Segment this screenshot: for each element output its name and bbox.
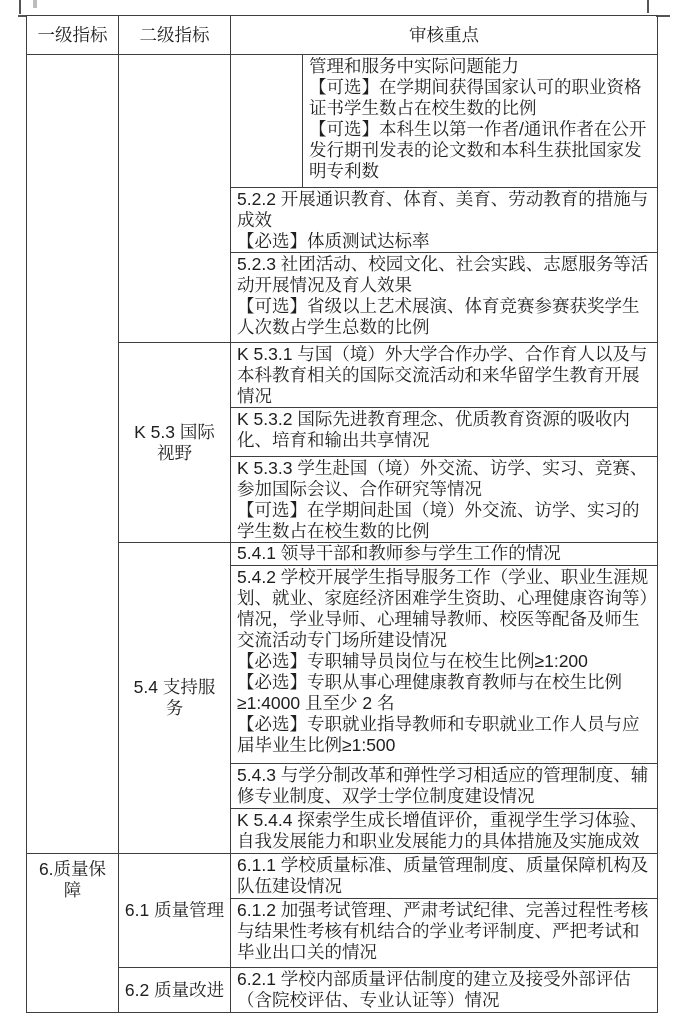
scan-artifact-left-stub-2 [33,0,37,8]
level2-cell-s62-quality-improvement: 6.2 质量改进 [119,968,231,1013]
table-row: 6.质量保 障 6.1 质量管理 6.1.1 学校质量标准、质量管理制度、质量保… [27,854,658,899]
focus-paragraph: 【可选】在学期间获得国家认可的职业资格证书学生数占在校生数的比例 [309,77,653,119]
focus-paragraph: 6.1.1 学校质量标准、质量管理制度、质量保障机构及队伍建设情况 [237,855,653,897]
table-row: 管理和服务中实际问题能力 【可选】在学期间获得国家认可的职业资格证书学生数占在校… [27,55,658,188]
focus-paragraph: 6.1.2 加强考试管理、严肃考试纪律、完善过程性考核与结果性考核有机结合的学业… [237,900,653,963]
focus-cell-r12: 6.1.2 加强考试管理、严肃考试纪律、完善过程性考核与结果性考核有机结合的学业… [231,899,658,968]
focus-paragraph: 【必选】专职就业指导教师和专职就业工作人员与应届毕业生比例≥1:500 [237,714,653,756]
focus-paragraph: K 5.3.3 学生赴国（境）外交流、访学、实习、竞赛、参加国际会议、合作研究等… [237,458,653,500]
focus-paragraph: 【可选】在学期间赴国（境）外交流、访学、实习的学生数占在校生数的比例 [237,500,653,542]
focus-cell-r10: K 5.4.4 探索学生成长增值评价，重视学生学习体验、自我发展能力和职业发展能… [231,809,658,854]
focus-paragraph: 管理和服务中实际问题能力 [309,56,653,77]
focus-paragraph: 5.2.2 开展通识教育、体育、美育、劳动教育的措施与成效 [237,189,653,231]
header-review-focus: 审核重点 [231,16,658,55]
focus-paragraph: 6.2.1 学校内部质量评估制度的建立及接受外部评估（含院校评估、专业认证等）情… [237,969,653,1011]
focus-paragraph: 【必选】专职辅导员岗位与在校生比例≥1:200 [237,651,653,672]
focus-paragraph: K 5.3.1 与国（境）外大学合作办学、合作育人以及与本科教育相关的国际交流活… [237,344,653,407]
level2-cell-k52-continued [119,55,231,343]
level1-cell-section5-continued [27,55,119,854]
focus-paragraph: 5.4.1 领导干部和教师参与学生工作的情况 [237,543,653,564]
focus-paragraph: 5.2.3 社团活动、校园文化、社会实践、志愿服务等活动开展情况及育人效果 [237,254,653,296]
focus-cell-r7: 5.4.1 领导干部和教师参与学生工作的情况 [231,543,658,566]
focus-paragraph: 5.4.3 与学分制改革和弹性学习相适应的管理制度、辅修专业制度、双学士学位制度… [237,765,653,807]
focus-cell-r5: K 5.3.2 国际先进教育理念、优质教育资源的吸收内化、培育和输出共享情况 [231,408,658,457]
level2-cell-s54-support-services: 5.4 支持服 务 [119,543,231,854]
table-row: K 5.3 国际 视野 K 5.3.1 与国（境）外大学合作办学、合作育人以及与… [27,343,658,408]
indicator-review-table: 一级指标 二级指标 审核重点 管理和服务中实际问题能力 【可选】在学期间获得国家… [26,15,658,1013]
focus-cell-r13: 6.2.1 学校内部质量评估制度的建立及接受外部评估（含院校评估、专业认证等）情… [231,968,658,1013]
scan-artifact-right-stub [647,0,649,13]
focus-cell-r2: 5.2.2 开展通识教育、体育、美育、劳动教育的措施与成效 【必选】体质测试达标… [231,188,658,253]
focus-paragraph: 5.4.2 学校开展学生指导服务工作（学业、职业生涯规划、就业、家庭经济困难学生… [237,567,653,651]
focus-paragraph: 【必选】专职从事心理健康教育教师与在校生比例≥1:4000 且至少 2 名 [237,672,653,714]
focus-paragraph: 【可选】省级以上艺术展演、体育竞赛参赛获奖学生人次数占学生总数的比例 [237,296,653,338]
focus-cell-r11: 6.1.1 学校质量标准、质量管理制度、质量保障机构及队伍建设情况 [231,854,658,899]
focus-subcell-empty [231,55,303,188]
header-level1-indicator: 一级指标 [27,16,119,55]
focus-cell-r4: K 5.3.1 与国（境）外大学合作办学、合作育人以及与本科教育相关的国际交流活… [231,343,658,408]
focus-paragraph: K 5.3.2 国际先进教育理念、优质教育资源的吸收内化、培育和输出共享情况 [237,409,653,451]
table-row: 5.4 支持服 务 5.4.1 领导干部和教师参与学生工作的情况 [27,543,658,566]
focus-paragraph: 【必选】体质测试达标率 [237,231,653,252]
focus-paragraph: 【可选】本科生以第一作者/通讯作者在公开发行期刊发表的论文数和本科生获批国家发明… [309,119,653,182]
focus-cell-r9: 5.4.3 与学分制改革和弹性学习相适应的管理制度、辅修专业制度、双学士学位制度… [231,764,658,809]
table-header-row: 一级指标 二级指标 审核重点 [27,16,658,55]
focus-paragraph: K 5.4.4 探索学生成长增值评价，重视学生学习体验、自我发展能力和职业发展能… [237,810,653,852]
focus-cell-r3: 5.2.3 社团活动、校园文化、社会实践、志愿服务等活动开展情况及育人效果 【可… [231,253,658,343]
level1-cell-sec6-quality-assurance: 6.质量保 障 [27,854,119,1013]
scan-artifact-topline-right [656,15,670,17]
level2-cell-s61-quality-management: 6.1 质量管理 [119,854,231,968]
level2-cell-k53-international-vision: K 5.3 国际 视野 [119,343,231,543]
focus-cell-r8: 5.4.2 学校开展学生指导服务工作（学业、职业生涯规划、就业、家庭经济困难学生… [231,566,658,764]
table-row: 6.2 质量改进 6.2.1 学校内部质量评估制度的建立及接受外部评估（含院校评… [27,968,658,1013]
scan-artifact-left-stub [19,0,21,14]
focus-cell-r6: K 5.3.3 学生赴国（境）外交流、访学、实习、竞赛、参加国际会议、合作研究等… [231,457,658,543]
focus-cell-r1: 管理和服务中实际问题能力 【可选】在学期间获得国家认可的职业资格证书学生数占在校… [303,55,658,188]
header-level2-indicator: 二级指标 [119,16,231,55]
